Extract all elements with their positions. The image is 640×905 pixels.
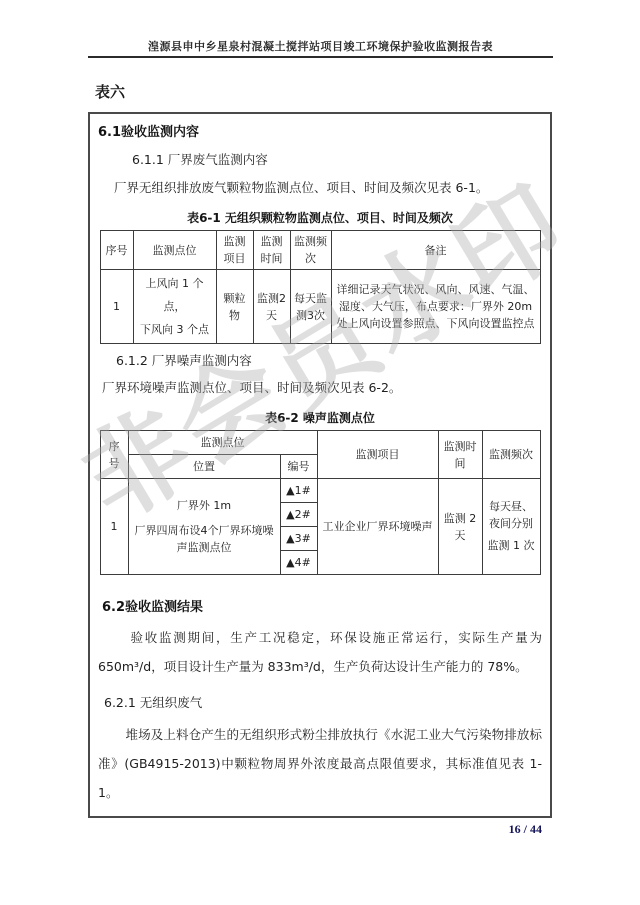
col-header-time: 监测时间	[438, 431, 482, 479]
col-header-frequency: 监测频次	[482, 431, 540, 479]
table-row: 1 厂界外 1m 厂界四周布设4个厂界环境噪声监测点位 ▲1# 工业企业厂界环境…	[100, 479, 540, 503]
cell-no: 1	[100, 270, 133, 344]
section-6-1-1-paragraph: 厂界无组织排放废气颗粒物监测点位、项目、时间及频次见表 6-1。	[114, 178, 542, 196]
section-6-2-1-heading: 6.2.1 无组织废气	[104, 693, 542, 711]
section-6-1-1-heading: 6.1.1 厂界废气监测内容	[132, 150, 542, 168]
col-header-frequency: 监测频次	[290, 231, 331, 270]
cell-note: 详细记录天气状况、风向、风速、气温、湿度、大气压，布点要求：厂界外 20m 处上…	[331, 270, 540, 344]
running-header-title: 湟源县申中乡星泉村混凝土搅拌站项目竣工环境保护验收监测报告表	[88, 38, 553, 54]
col-header-item: 监测项目	[216, 231, 253, 270]
cell-time: 监测2天	[253, 270, 290, 344]
page-number: 16 / 44	[509, 822, 542, 837]
frequency-line-2: 监测 1 次	[486, 538, 537, 555]
section-6-1-2-heading: 6.1.2 厂界噪声监测内容	[116, 351, 542, 369]
table-6-1-header-row: 序号 监测点位 监测项目 监测时间 监测频次 备注	[100, 231, 540, 270]
col-header-no: 序号	[100, 431, 128, 479]
position-line-2: 厂界四周布设4个厂界环境噪声监测点位	[132, 522, 277, 556]
points-line-1: 上风向 1 个点，	[137, 272, 213, 318]
col-header-code: 编号	[280, 455, 317, 479]
table-6-2: 序号 监测点位 监测项目 监测时间 监测频次 位置 编号 1 厂界外 1m 厂界…	[100, 430, 541, 575]
cell-item: 工业企业厂界环境噪声	[317, 479, 438, 575]
col-header-note: 备注	[331, 231, 540, 270]
table-6-1-caption: 表6-1 无组织颗粒物监测点位、项目、时间及频次	[98, 209, 542, 226]
col-header-no: 序号	[100, 231, 133, 270]
table-6-2-caption: 表6-2 噪声监测点位	[98, 409, 542, 426]
cell-frequency: 每天昼、夜间分别 监测 1 次	[482, 479, 540, 575]
cell-code-1: ▲1#	[280, 479, 317, 503]
cell-position: 厂界外 1m 厂界四周布设4个厂界环境噪声监测点位	[128, 479, 280, 575]
section-6-1-2-paragraph: 厂界环境噪声监测点位、项目、时间及频次见表 6-2。	[102, 378, 542, 396]
content-frame: 6.1验收监测内容 6.1.1 厂界废气监测内容 厂界无组织排放废气颗粒物监测点…	[88, 112, 552, 818]
col-header-point: 监测点位	[133, 231, 216, 270]
table-six-label: 表六	[95, 81, 125, 102]
section-6-2-heading: 6.2验收监测结果	[102, 596, 542, 615]
position-line-1: 厂界外 1m	[132, 497, 277, 514]
cell-code-2: ▲2#	[280, 503, 317, 527]
cell-frequency: 每天监测3次	[290, 270, 331, 344]
table-6-2-header-row-1: 序号 监测点位 监测项目 监测时间 监测频次	[100, 431, 540, 455]
cell-time: 监测 2 天	[438, 479, 482, 575]
header-divider	[88, 56, 553, 58]
section-6-1-heading: 6.1验收监测内容	[98, 121, 542, 140]
cell-no: 1	[100, 479, 128, 575]
section-6-2-1-paragraph: 堆场及上料仓产生的无组织形式粉尘排放执行《水泥工业大气污染物排放标准》(GB49…	[98, 720, 542, 807]
table-6-1: 序号 监测点位 监测项目 监测时间 监测频次 备注 1 上风向 1 个点， 下风…	[100, 230, 541, 344]
table-row: 1 上风向 1 个点， 下风向 3 个点 颗粒物 监测2天 每天监测3次 详细记…	[100, 270, 540, 344]
points-line-2: 下风向 3 个点	[137, 318, 213, 341]
col-header-item: 监测项目	[317, 431, 438, 479]
frequency-line-1: 每天昼、夜间分别	[486, 499, 537, 532]
cell-code-3: ▲3#	[280, 527, 317, 551]
col-header-position: 位置	[128, 455, 280, 479]
cell-code-4: ▲4#	[280, 551, 317, 575]
document-page: 湟源县申中乡星泉村混凝土搅拌站项目竣工环境保护验收监测报告表 表六 6.1验收监…	[0, 0, 640, 905]
cell-item: 颗粒物	[216, 270, 253, 344]
section-6-2-paragraph: 验收监测期间，生产工况稳定，环保设施正常运行，实际生产量为650m³/d，项目设…	[98, 623, 542, 681]
col-header-point-group: 监测点位	[128, 431, 317, 455]
col-header-time: 监测时间	[253, 231, 290, 270]
cell-points: 上风向 1 个点， 下风向 3 个点	[133, 270, 216, 344]
